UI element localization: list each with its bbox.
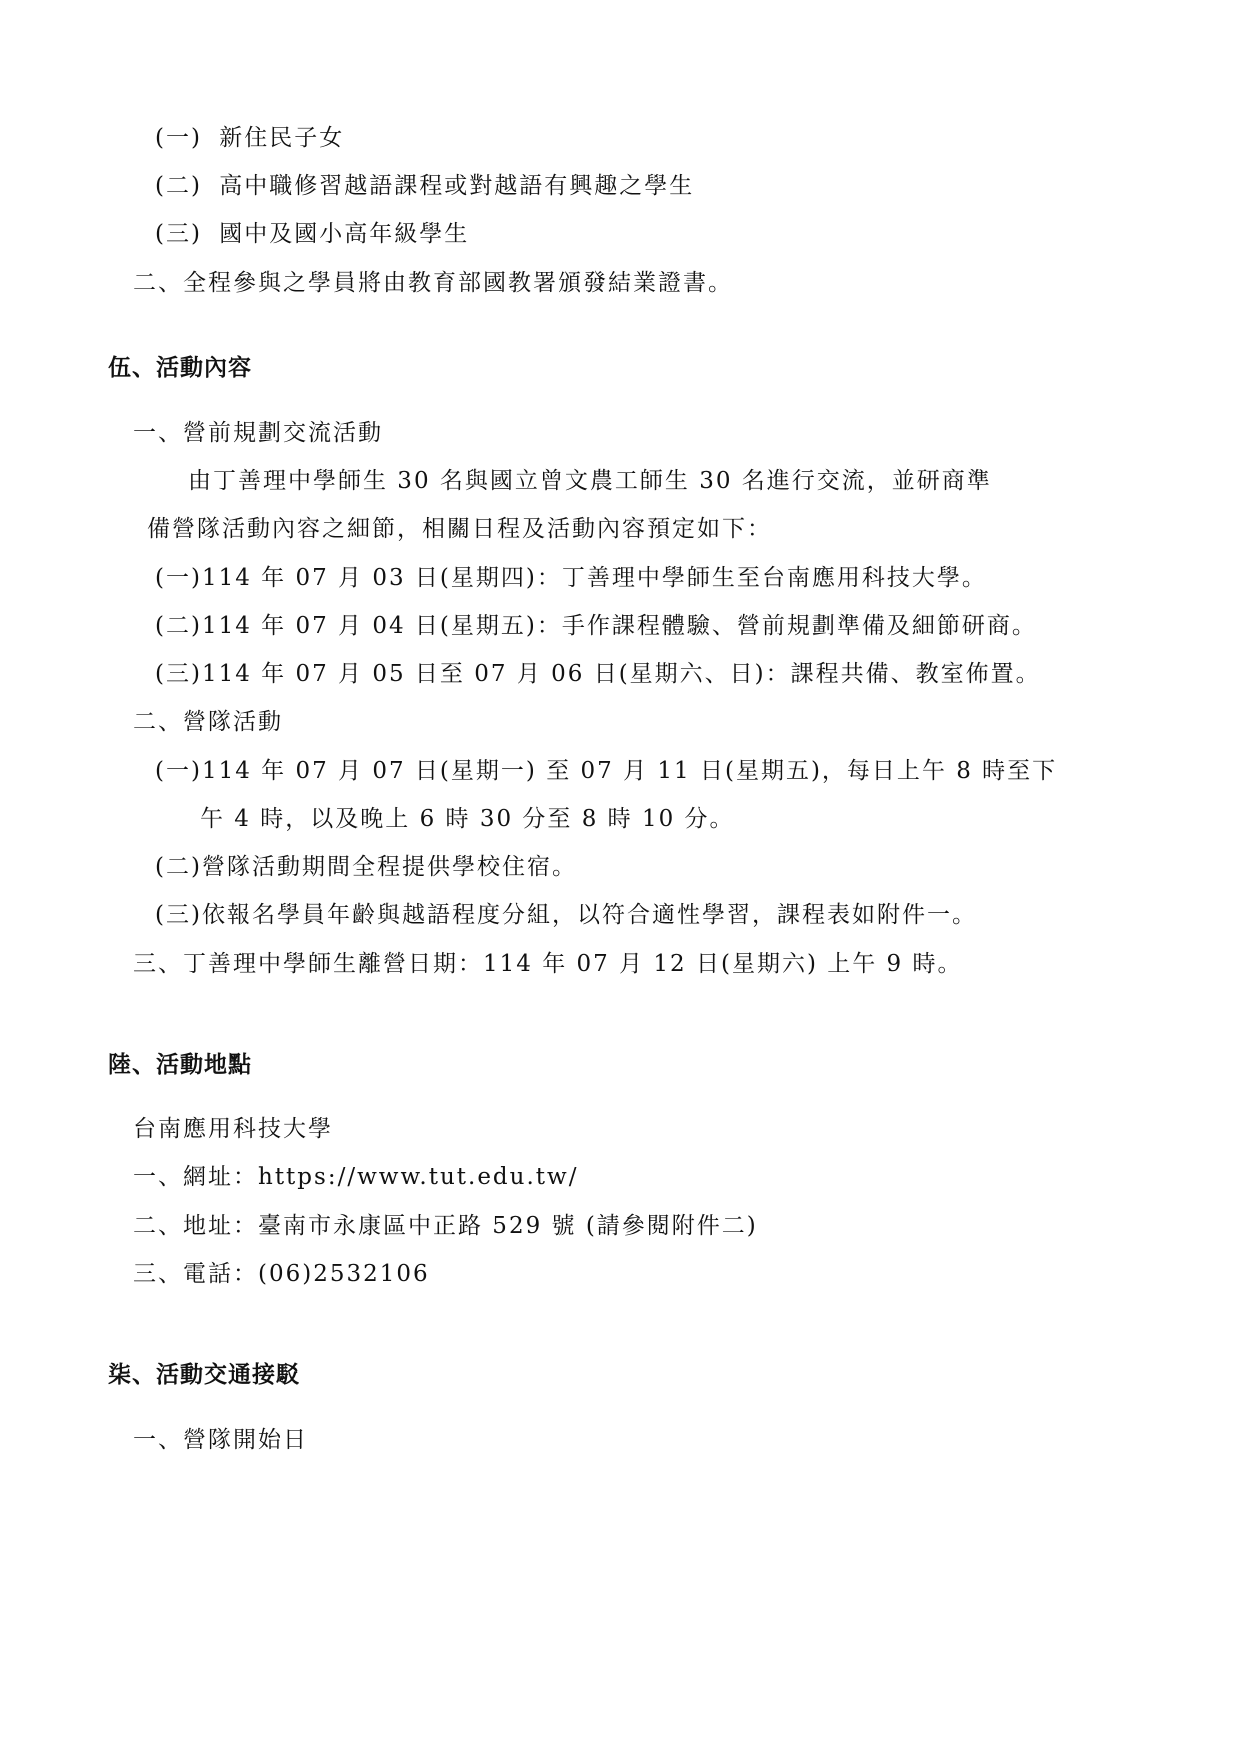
- camp-item-3: (三)依報名學員年齡與越語程度分組，以符合適性學習，課程表如附件一。: [155, 900, 977, 930]
- subsection-title-camp: 二、營隊活動: [133, 707, 283, 737]
- intro-item-marker: (二): [155, 173, 202, 199]
- venue-address: 二、地址：臺南市永康區中正路 529 號 (請參閱附件二): [133, 1211, 758, 1241]
- intro-item-3: (三) 國中及國小高年級學生: [155, 219, 469, 249]
- camp-item-1-line2: 午 4 時，以及晚上 6 時 30 分至 8 時 10 分。: [200, 804, 735, 834]
- departure-date: 三、丁善理中學師生離營日期：114 年 07 月 12 日(星期六) 上午 9 …: [133, 949, 963, 979]
- venue-website: 一、網址：https://www.tut.edu.tw/: [133, 1162, 578, 1192]
- transport-item-1: 一、營隊開始日: [133, 1425, 308, 1455]
- paragraph-line: 由丁善理中學師生 30 名與國立曾文農工師生 30 名進行交流，並研商準: [188, 466, 992, 496]
- venue-phone: 三、電話：(06)2532106: [133, 1259, 430, 1289]
- schedule-item-2: (二)114 年 07 月 04 日(星期五)：手作課程體驗、營前規劃準備及細節…: [155, 611, 1037, 641]
- camp-item-1-line1: (一)114 年 07 月 07 日(星期一) 至 07 月 11 日(星期五)…: [155, 756, 1057, 786]
- camp-item-2: (二)營隊活動期間全程提供學校住宿。: [155, 852, 577, 882]
- intro-item-text: 高中職修習越語課程或對越語有興趣之學生: [219, 173, 694, 199]
- schedule-item-1: (一)114 年 07 月 03 日(星期四)：丁善理中學師生至台南應用科技大學…: [155, 563, 987, 593]
- section-heading-activity-content: 伍、活動內容: [108, 353, 252, 383]
- intro-item-text: 國中及國小高年級學生: [219, 221, 469, 247]
- certificate-note: 二、全程參與之學員將由教育部國教署頒發結業證書。: [133, 268, 733, 298]
- intro-item-1: (一) 新住民子女: [155, 123, 344, 153]
- intro-item-marker: (一): [155, 125, 202, 151]
- paragraph-line: 備營隊活動內容之細節，相關日程及活動內容預定如下：: [147, 514, 772, 544]
- schedule-item-3: (三)114 年 07 月 05 日至 07 月 06 日(星期六、日)：課程共…: [155, 659, 1041, 689]
- intro-item-marker: (三): [155, 221, 202, 247]
- venue-name: 台南應用科技大學: [133, 1114, 333, 1144]
- subsection-title-pre-camp: 一、營前規劃交流活動: [133, 418, 383, 448]
- section-heading-transport: 柒、活動交通接駁: [108, 1360, 300, 1390]
- section-heading-location: 陸、活動地點: [108, 1050, 252, 1080]
- intro-item-text: 新住民子女: [219, 125, 344, 151]
- intro-item-2: (二) 高中職修習越語課程或對越語有興趣之學生: [155, 171, 694, 201]
